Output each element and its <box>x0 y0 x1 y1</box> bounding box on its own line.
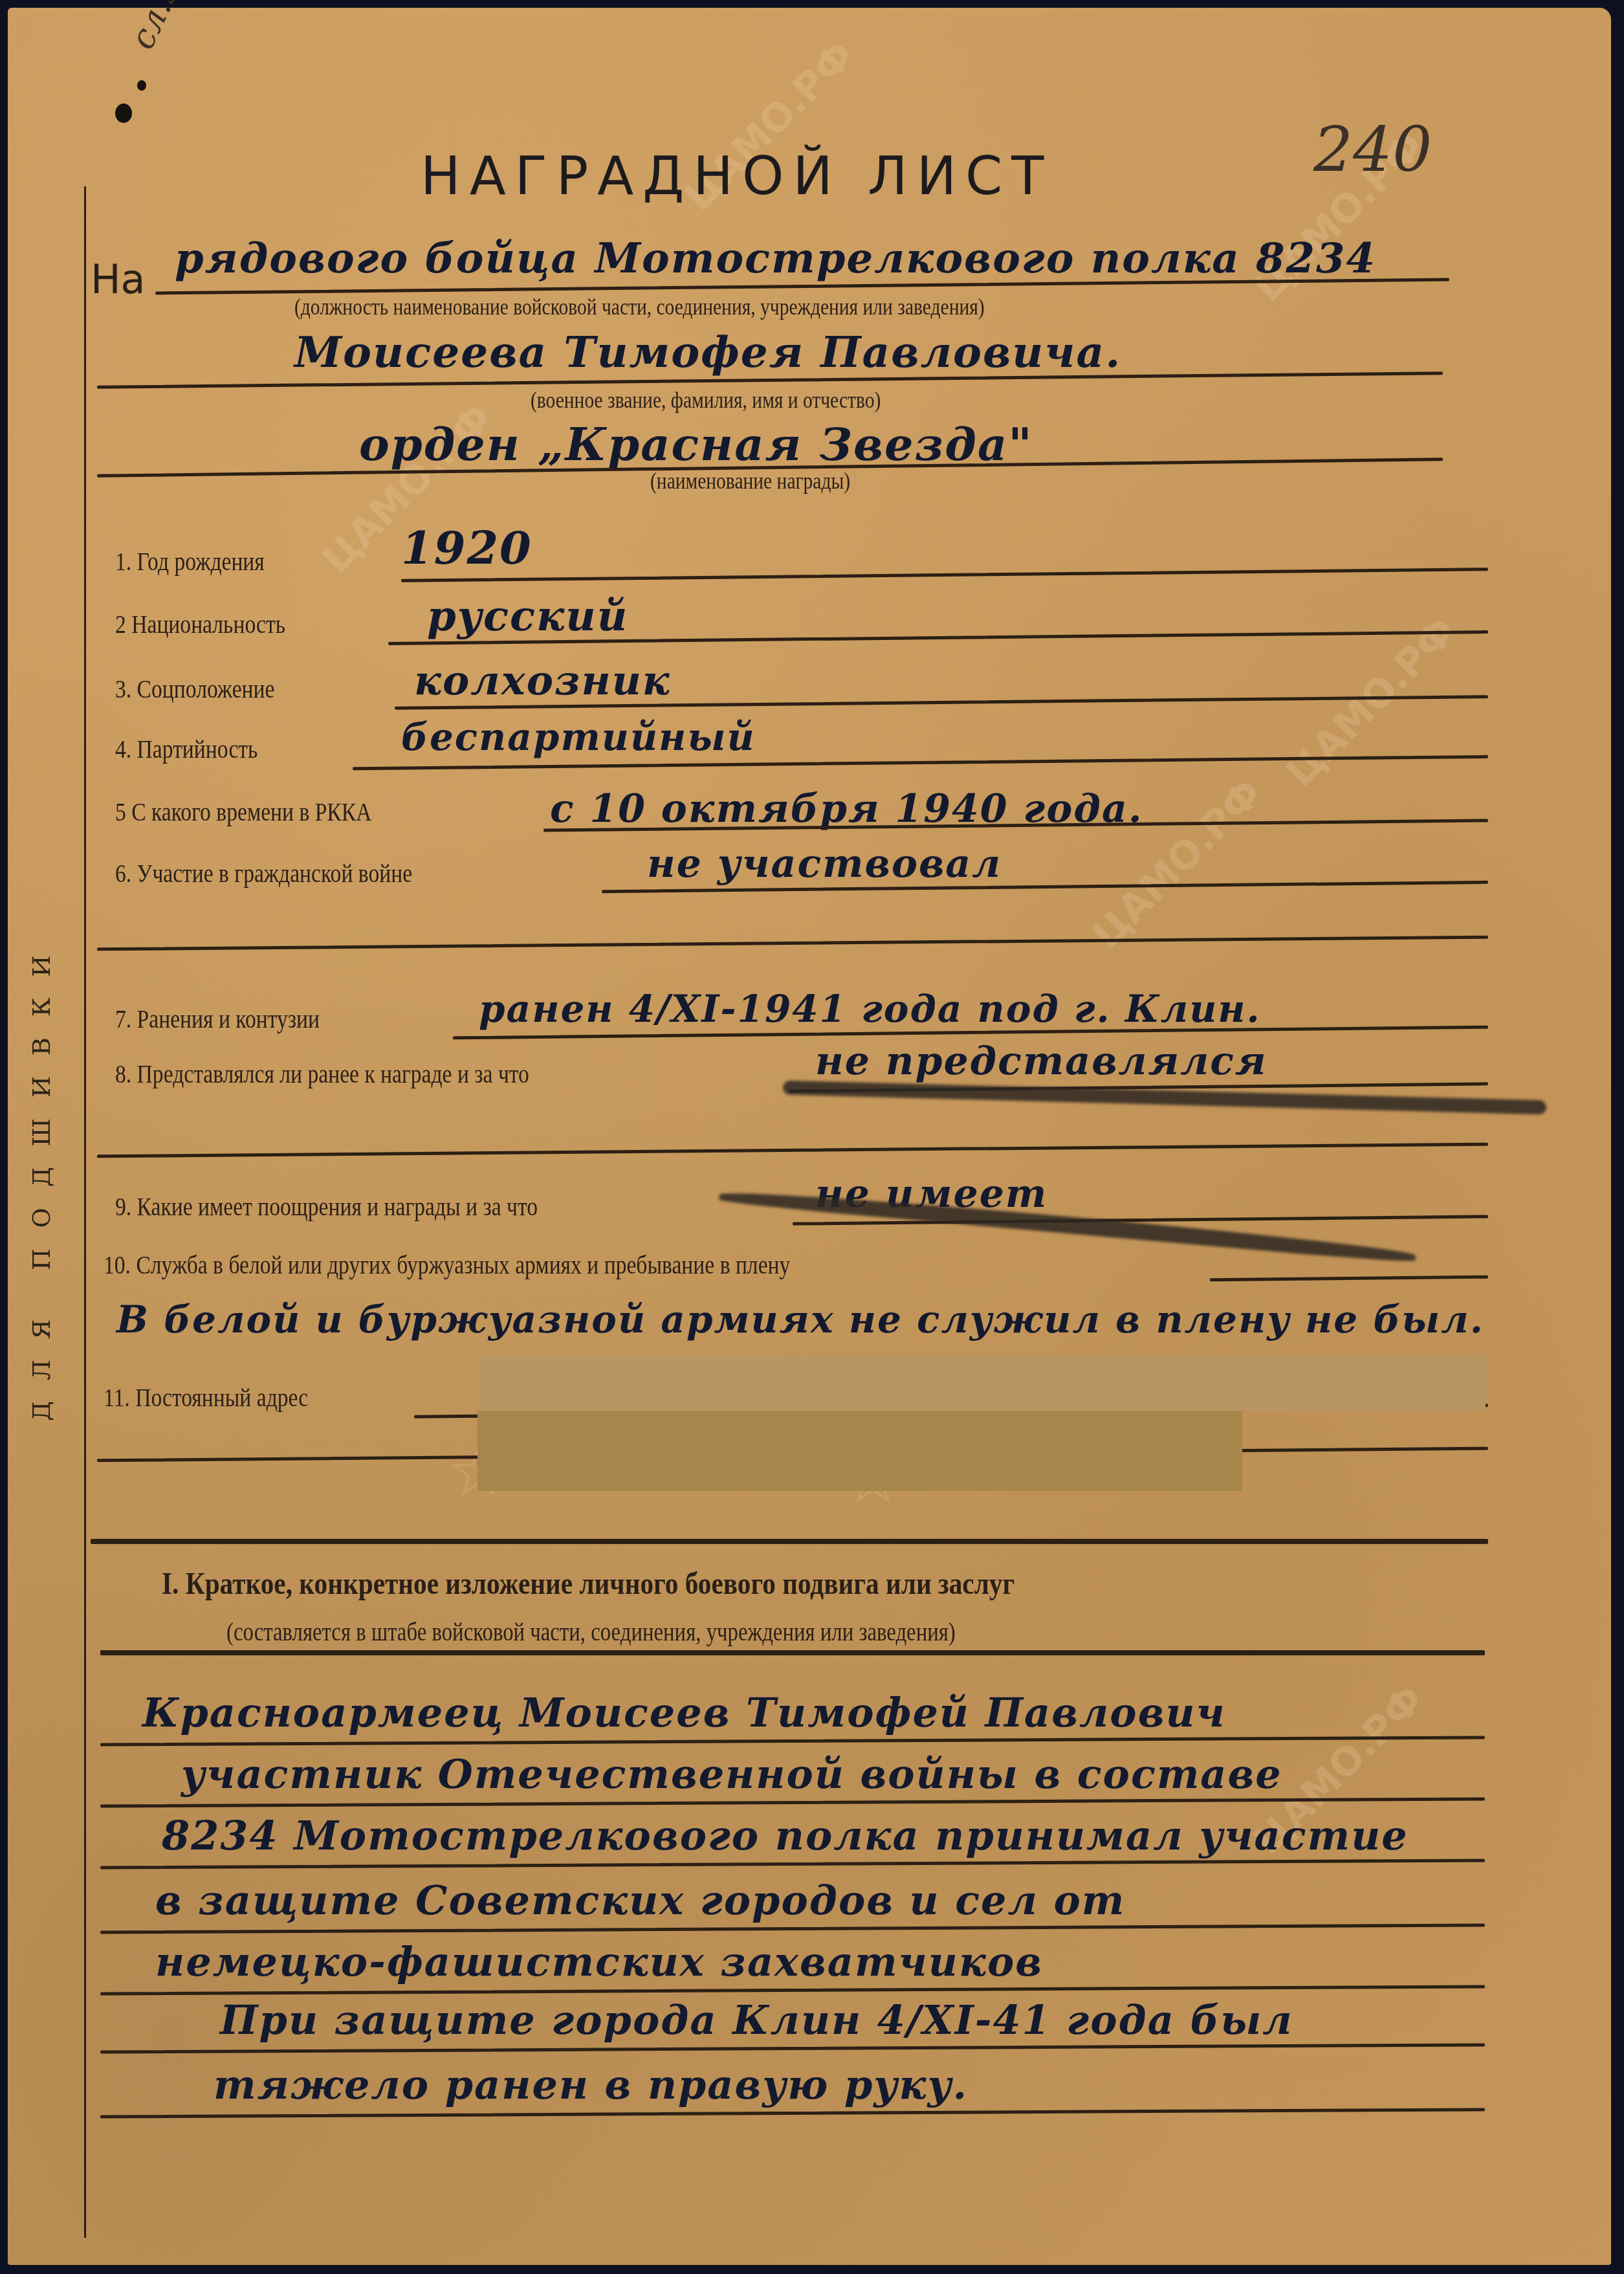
position-caption: (должность наименование войсковой части,… <box>294 293 985 320</box>
field-value: беспартийный <box>401 715 756 759</box>
field-value: русский <box>427 592 628 641</box>
section1-heading: I. Краткое, конкретное изложение личного… <box>162 1566 1015 1602</box>
field-value: В белой и буржуазной армиях не служил в … <box>116 1297 1484 1341</box>
field-value: ранен 4/XI-1941 года под г. Клин. <box>479 987 1261 1031</box>
position-value: рядового бойца Мотострелкового полка 823… <box>175 234 1376 283</box>
field-label: 2 Национальность <box>115 609 285 639</box>
field-label: 6. Участие в гражданской войне <box>115 858 412 889</box>
redacted-address <box>480 1354 1486 1411</box>
field-value: 1920 <box>401 521 532 575</box>
section-divider <box>91 1539 1488 1544</box>
field-label: 8. Представлялся ли ранее к награде и за… <box>115 1059 529 1089</box>
sheet-number: 240 <box>1313 113 1432 186</box>
narrative-line: Красноармеец Моисеев Тимофей Павлович <box>142 1689 1226 1736</box>
name-value: Моисеева Тимофея Павловича. <box>294 327 1121 377</box>
field-value: колхозник <box>414 657 671 704</box>
section1-subheading: (составляется в штабе войсковой части, с… <box>226 1617 956 1647</box>
document-title: НАГРАДНОЙ ЛИСТ <box>421 146 1053 207</box>
field-label: 5 С какого времени в РККА <box>115 797 371 827</box>
field-value: не представлялся <box>815 1039 1267 1084</box>
narrative-line: в защите Советских городов и сел от <box>155 1877 1125 1924</box>
binding-margin-label: ДЛЯ ПОДШИВКИ <box>27 919 66 1437</box>
redacted-address <box>477 1411 1242 1491</box>
name-caption: (военное звание, фамилия, имя и отчество… <box>531 386 881 414</box>
field-label: 1. Год рождения <box>115 546 265 577</box>
field-label: 9. Какие имеет поощрения и награды и за … <box>115 1191 538 1222</box>
field-label: 10. Служба в белой или других буржуазных… <box>104 1250 790 1280</box>
punch-hole <box>137 80 146 91</box>
field-value: не участвовал <box>647 841 1002 887</box>
field-label: 7. Ранения и контузии <box>115 1004 320 1034</box>
to-prefix: На <box>91 256 146 303</box>
award-caption: (наименование награды) <box>650 467 850 494</box>
binding-margin-line <box>84 186 86 2238</box>
field-label: 11. Постоянный адрес <box>104 1382 308 1413</box>
narrative-line: При защите города Клин 4/XI-41 года был <box>220 1996 1293 2044</box>
narrative-line: тяжело ранен в правую руку. <box>214 2061 968 2108</box>
narrative-line: 8234 Мотострелкового полка принимал учас… <box>162 1812 1409 1859</box>
award-value: орден „Красная Звезда" <box>359 417 1033 471</box>
narrative-line: участник Отечественной войны в составе <box>181 1750 1282 1798</box>
narrative-line: немецко-фашистских захватчиков <box>155 1938 1043 1985</box>
field-label: 3. Соцположение <box>115 674 274 704</box>
punch-hole <box>115 104 132 123</box>
field-label: 4. Партийность <box>115 734 258 764</box>
rule <box>100 1650 1485 1655</box>
